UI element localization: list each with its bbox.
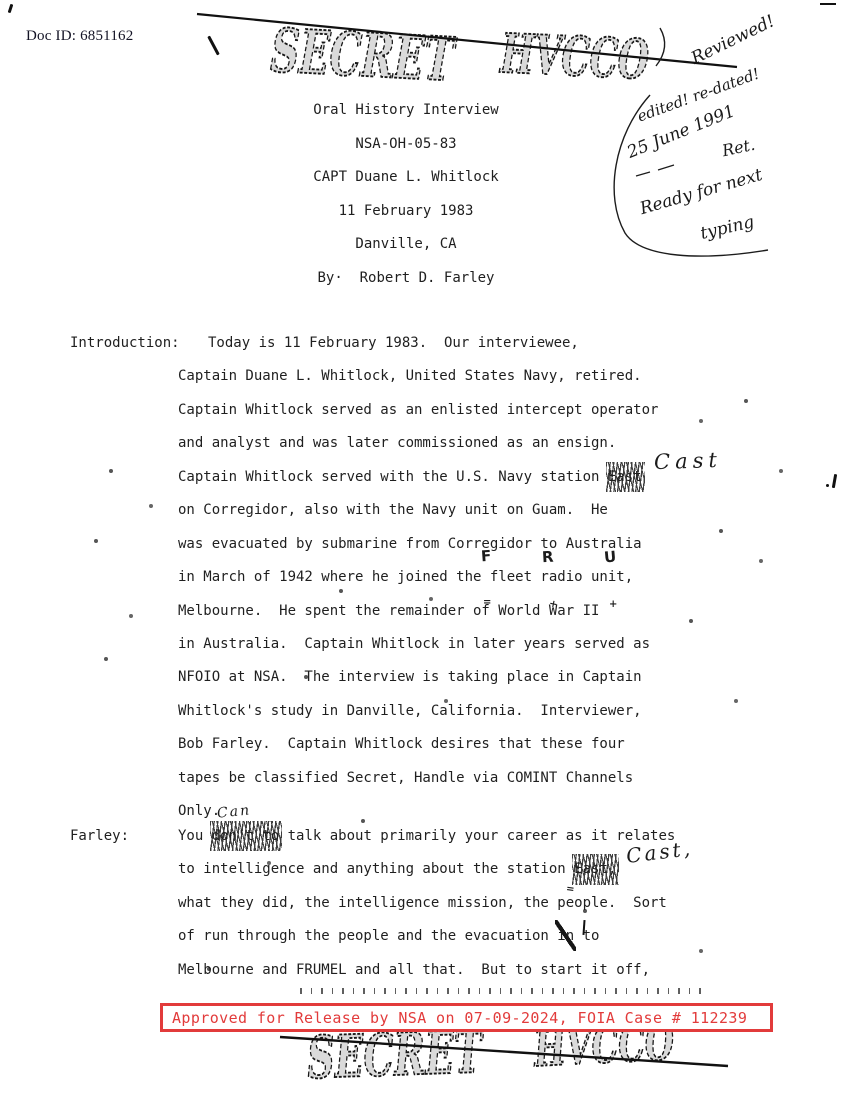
farley-line: of run through the people and the evacua… [178, 920, 738, 953]
scan-mark-stamp-tick [207, 36, 220, 56]
handwritten-f: F [480, 547, 491, 566]
handwritten-r: R [542, 548, 554, 567]
struck-word-east: East, [574, 853, 616, 886]
hvcco-stamp-top: HVCCO [498, 21, 650, 91]
handwritten-note-line: Ret. [720, 135, 756, 160]
intro-line: was evacuated by submarine from Corregid… [178, 528, 738, 561]
intro-line: Captain Duane L. Whitlock, United States… [178, 360, 738, 393]
struck-words-dont-to: don't to [212, 820, 279, 853]
farley-line-text: of run through the people and the evacua… [178, 928, 557, 944]
proofmark-under-unit: + [609, 599, 617, 610]
release-stamp-text: Approved for Release by NSA on 07-09-202… [172, 1009, 747, 1027]
strike-line-bottom [280, 1037, 728, 1066]
introduction-paragraph: Today is 11 February 1983. Our interview… [178, 327, 738, 829]
handwritten-note-line: Reviewed! [688, 11, 778, 69]
doc-id: Doc ID: 6851162 [26, 28, 133, 45]
handwritten-note-line: typing [698, 212, 756, 244]
slashed-word-in: in [557, 920, 574, 953]
release-stamp: Approved for Release by NSA on 07-09-202… [160, 1003, 773, 1032]
intro-line-text: Captain Whitlock served with the U.S. Na… [178, 469, 608, 485]
scan-mark-corner [8, 4, 14, 13]
note-dash-marks [636, 165, 674, 176]
title-line-4: 11 February 1983 [180, 195, 632, 229]
handwritten-cast: Cast [654, 448, 723, 474]
intro-line: on Corregidor, also with the Navy unit o… [178, 494, 738, 527]
proofmark-under-fleet: = [483, 597, 491, 608]
clipped-typed-line [300, 988, 702, 994]
scan-noise [0, 0, 2, 2]
farley-line-text: You [178, 828, 212, 844]
proofmark-under-east: = [565, 883, 575, 895]
farley-line: Melbourne and FRUMEL and all that. But t… [178, 954, 738, 987]
intro-line: tapes be classified Secret, Handle via C… [178, 762, 738, 795]
document-page: Doc ID: 6851162 Oral History Interview N… [0, 0, 845, 1094]
farley-line-text: to intelligence and anything about the s… [178, 861, 574, 877]
title-line-6: By· Robert D. Farley [180, 262, 632, 296]
handwritten-u: U [603, 548, 617, 567]
intro-line: in March of 1942 where he joined the fle… [178, 561, 738, 594]
intro-line: Bob Farley. Captain Whitlock desires tha… [178, 728, 738, 761]
farley-line-text: to [574, 928, 599, 944]
farley-label: Farley: [70, 820, 129, 853]
scan-mark-edge-dot [826, 484, 829, 487]
farley-line: what they did, the intelligence mission,… [178, 887, 738, 920]
introduction-label: Introduction: [70, 327, 180, 360]
struck-word-east: East [608, 461, 642, 494]
title-line-5: Danville, CA [180, 228, 632, 262]
secret-stamp-top: SECRET [269, 16, 458, 96]
intro-line: in Australia. Captain Whitlock in later … [178, 628, 738, 661]
title-line-1: Oral History Interview [180, 94, 632, 128]
title-block: Oral History Interview NSA-OH-05-83 CAPT… [180, 94, 632, 295]
farley-line-text: talk about primarily your career as it r… [279, 828, 675, 844]
title-line-2: NSA-OH-05-83 [180, 128, 632, 162]
scan-mark-top-right [820, 3, 836, 5]
note-paren-mark [656, 28, 665, 66]
scan-mark-edge-line [832, 474, 837, 488]
intro-line: Whitlock's study in Danville, California… [178, 695, 738, 728]
intro-line: Captain Whitlock served as an enlisted i… [178, 394, 738, 427]
handwritten-note-line: Ready for next [638, 165, 765, 219]
intro-line: Melbourne. He spent the remainder of Wor… [178, 595, 738, 628]
title-line-3: CAPT Duane L. Whitlock [180, 161, 632, 195]
intro-line: NFOIO at NSA. The interview is taking pl… [178, 661, 738, 694]
strike-line-top [197, 14, 737, 67]
intro-line: Today is 11 February 1983. Our interview… [178, 327, 738, 360]
